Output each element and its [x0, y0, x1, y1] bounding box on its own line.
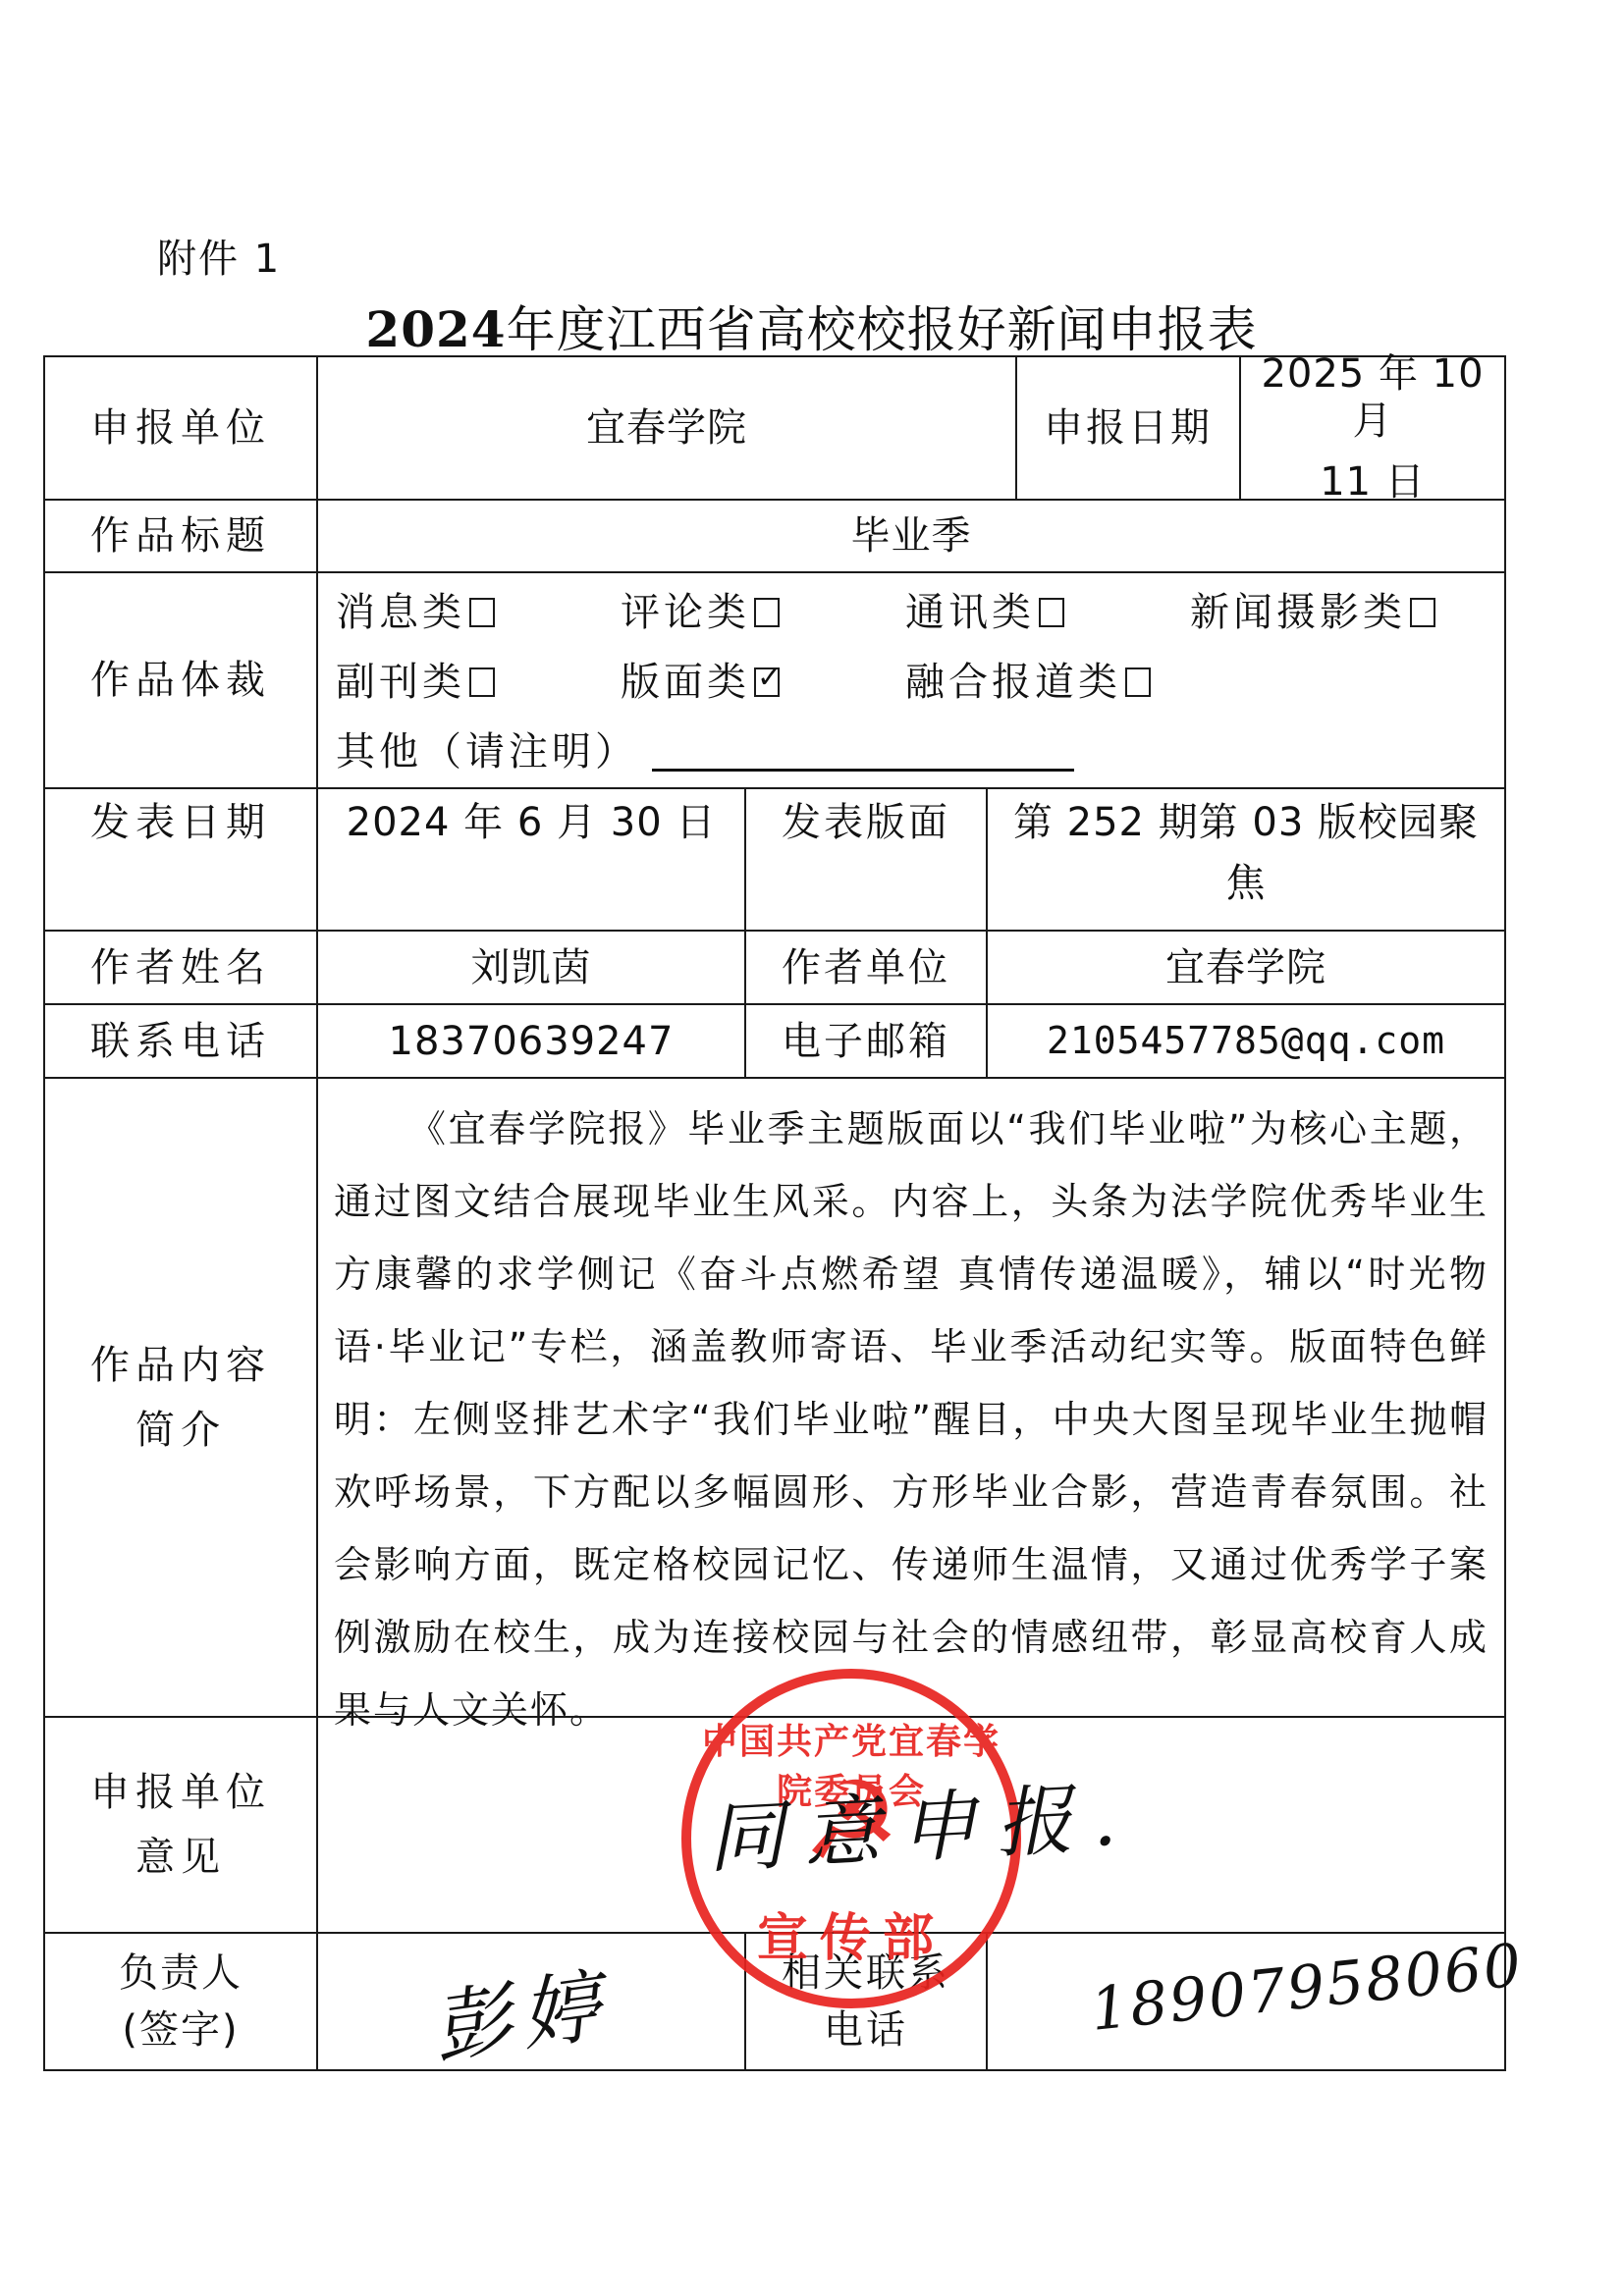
summary-value[interactable]: 《宜春学院报》毕业季主题版面以“我们毕业啦”为核心主题，通过图文结合展现毕业生风… — [316, 1077, 1506, 1718]
option-label: 版面类 — [621, 659, 750, 706]
work-title-label: 作品标题 — [43, 499, 318, 573]
email-label: 电子邮箱 — [744, 1003, 988, 1079]
genre-option-news[interactable]: 消息类 — [336, 589, 621, 636]
work-title-value[interactable]: 毕业季 — [316, 499, 1506, 573]
checkbox-checked-icon[interactable] — [754, 667, 780, 697]
publish-page-label: 发表版面 — [744, 787, 988, 932]
checkbox-icon[interactable] — [469, 598, 495, 627]
option-label: 副刊类 — [336, 659, 465, 706]
publish-page-line1: 第 252 期第 03 版校园聚 — [1013, 799, 1479, 846]
summary-label: 作品内容 简介 — [43, 1077, 318, 1718]
title-text: 年度江西省高校校报好新闻申报表 — [507, 301, 1258, 358]
publish-page-line2: 焦 — [1226, 860, 1267, 907]
option-label: 消息类 — [336, 589, 465, 636]
genre-label: 作品体裁 — [43, 571, 318, 789]
attachment-label: 附件 1 — [157, 228, 281, 284]
option-label: 通讯类 — [905, 589, 1035, 636]
genre-other-input[interactable] — [652, 733, 1074, 772]
apply-date-value[interactable]: 2025 年 10 月 11 日 — [1239, 355, 1506, 501]
genre-options: 消息类 评论类 通讯类 新闻摄影类 副刊类 版面类 融合报道类 其他（请注明） — [316, 571, 1506, 789]
option-label: 融合报道类 — [905, 659, 1121, 706]
genre-option-photo[interactable]: 新闻摄影类 — [1190, 589, 1435, 636]
genre-row-1: 消息类 评论类 通讯类 新闻摄影类 — [336, 577, 1435, 647]
person-label-line1: 负责人 — [119, 1949, 243, 1997]
unit-opinion-label: 申报单位 意见 — [43, 1716, 318, 1934]
genre-option-commentary[interactable]: 评论类 — [621, 589, 905, 636]
author-unit-value[interactable]: 宜春学院 — [986, 930, 1506, 1005]
summary-label-line2: 简介 — [135, 1407, 226, 1454]
genre-option-layout[interactable]: 版面类 — [621, 659, 905, 706]
checkbox-icon[interactable] — [754, 598, 780, 627]
checkbox-icon[interactable] — [1410, 598, 1435, 627]
applicant-unit-value[interactable]: 宜春学院 — [316, 355, 1017, 501]
genre-option-correspondence[interactable]: 通讯类 — [905, 589, 1190, 636]
summary-text: 《宜春学院报》毕业季主题版面以“我们毕业啦”为核心主题，通过图文结合展现毕业生风… — [334, 1093, 1488, 1746]
publish-date-label: 发表日期 — [43, 787, 318, 932]
publish-page-value[interactable]: 第 252 期第 03 版校园聚 焦 — [986, 787, 1506, 932]
summary-label-line1: 作品内容 — [90, 1342, 271, 1389]
title-year: 2024 — [365, 300, 506, 358]
checkbox-icon[interactable] — [1039, 598, 1064, 627]
phone-label: 联系电话 — [43, 1003, 318, 1079]
checkbox-icon[interactable] — [1125, 667, 1151, 697]
author-name-label: 作者姓名 — [43, 930, 318, 1005]
applicant-unit-label: 申报单位 — [43, 355, 318, 501]
unit-opinion-label-line1: 申报单位 — [90, 1769, 271, 1816]
option-label: 评论类 — [621, 589, 750, 636]
genre-option-multimedia[interactable]: 融合报道类 — [905, 659, 1151, 706]
author-name-value[interactable]: 刘凯茵 — [316, 930, 746, 1005]
apply-date-label: 申报日期 — [1015, 355, 1241, 501]
contact-phone-label-line2: 电话 — [824, 2006, 908, 2054]
apply-date-line1: 2025 年 10 月 — [1241, 350, 1504, 445]
author-unit-label: 作者单位 — [744, 930, 988, 1005]
person-in-charge-label: 负责人 (签字) — [43, 1932, 318, 2071]
person-label-line2: (签字) — [122, 2006, 239, 2054]
checkbox-icon[interactable] — [469, 667, 495, 697]
email-value[interactable]: 2105457785@qq.com — [986, 1003, 1506, 1079]
genre-row-2: 副刊类 版面类 融合报道类 — [336, 647, 1151, 717]
seal-department-text: 宣传部 — [691, 1896, 1011, 1970]
genre-other-label: 其他（请注明） — [336, 728, 638, 775]
publish-date-value[interactable]: 2024 年 6 月 30 日 — [316, 787, 746, 932]
unit-opinion-label-line2: 意见 — [135, 1834, 226, 1881]
genre-option-supplement[interactable]: 副刊类 — [336, 659, 621, 706]
option-label: 新闻摄影类 — [1190, 589, 1406, 636]
genre-row-3: 其他（请注明） — [336, 718, 1074, 787]
opinion-handwritten-signature: 同意申报. — [704, 1756, 1138, 1889]
phone-value[interactable]: 18370639247 — [316, 1003, 746, 1079]
